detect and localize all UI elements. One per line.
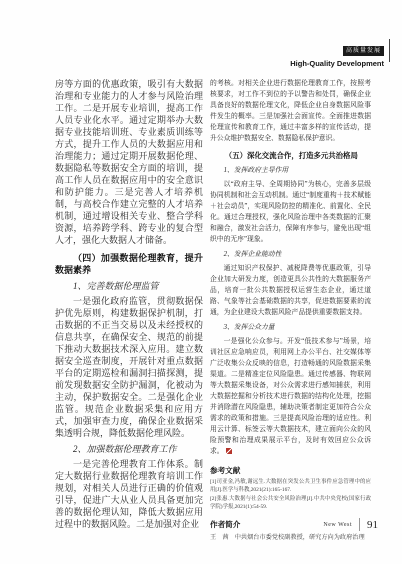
section-tag-chinese: 高质量发展 bbox=[343, 46, 384, 56]
reference-item: [1]司亚金,冯敏,谢远生.大数据在突发公共卫生事件应急管理中的应用[J].医学… bbox=[210, 479, 371, 494]
page-content: 房等方面的优惠政策，吸引有大数据治理和专业能力的人才参与风险治理工作。二是开展专… bbox=[55, 78, 371, 542]
sub-heading-2: 2、发挥企业能动性 bbox=[210, 249, 371, 260]
journal-name: New West bbox=[323, 522, 352, 528]
reference-item: [2]张惠.大数据与社会公共安全风险治理[J].中共中央党校(国家行政学院)学报… bbox=[210, 496, 371, 511]
paragraph: 以“政府主导、全周期协同”为核心，完善多层级协同机制和社会互动机制。通过“制度重… bbox=[210, 179, 371, 245]
section-heading-5: （五）深化交流合作，打造多元共治格局 bbox=[210, 150, 371, 161]
sub-heading-1: 1、完善数据伦理监管 bbox=[55, 280, 203, 292]
paragraph: 一是强化公众参与。开发“低技术参与”场景，培训社区应急响应员，利用网上办公平台、… bbox=[210, 336, 371, 457]
end-of-article-icon bbox=[226, 448, 232, 454]
right-column: 的考核。对相关企业进行数据伦理教育工作，按照考核要求，对工作不到位的予以警告和处… bbox=[210, 78, 371, 542]
sub-heading-2: 2、加强数据伦理教育工作 bbox=[55, 443, 203, 455]
sub-heading-1: 1、发挥政府主导作用 bbox=[210, 165, 371, 176]
section-tag-english: High-Quality Development bbox=[290, 59, 384, 68]
paragraph: 一是完善伦理教育工作体系。制定大数据行业数据伦理教育培训工作规划，对相关人员进行… bbox=[55, 458, 203, 530]
page-footer: New West 91 bbox=[323, 518, 378, 531]
paragraph: 一是强化政府监管，贯彻数据保护优先原则，构建数据保护机制，打击数据的不正当交易以… bbox=[55, 295, 203, 439]
references-heading: 参考文献 bbox=[210, 465, 371, 476]
paragraph: 房等方面的优惠政策，吸引有大数据治理和专业能力的人才参与风险治理工作。二是开展专… bbox=[55, 78, 203, 246]
journal-page: 高质量发展 High-Quality Development 房等方面的优惠政策… bbox=[0, 0, 402, 564]
page-number: 91 bbox=[367, 519, 378, 531]
sub-heading-3: 3、发挥公众力量 bbox=[210, 322, 371, 333]
author-bio: 王 茜 中共烟台市委党校副教授，研究方向为政府治理 bbox=[210, 533, 371, 542]
paragraph: 通过知识产权保护、减税降费等优惠政策，引导企业加大研发力度，创造更具公共性的大数… bbox=[210, 263, 371, 318]
footer-divider bbox=[359, 518, 360, 531]
header-divider bbox=[389, 39, 390, 62]
left-column: 房等方面的优惠政策，吸引有大数据治理和专业能力的人才参与风险治理工作。二是开展专… bbox=[55, 78, 203, 542]
paragraph: 的考核。对相关企业进行数据伦理教育工作，按照考核要求，对工作不到位的予以警告和处… bbox=[210, 78, 371, 144]
section-heading-4: （四）加强数据伦理教育，提升数据素养 bbox=[55, 252, 203, 276]
section-header: 高质量发展 High-Quality Development bbox=[290, 39, 384, 68]
